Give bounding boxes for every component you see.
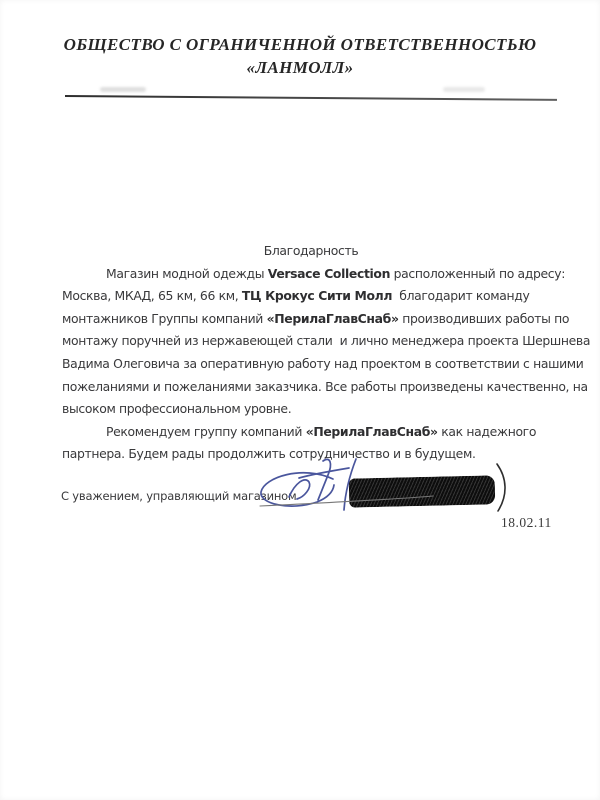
body-text: производивших работы по xyxy=(399,311,570,326)
body-text: как надежного xyxy=(438,424,536,439)
letterhead-org-type: ОБЩЕСТВО С ОГРАНИЧЕННОЙ ОТВЕТСТВЕННОСТЬЮ xyxy=(0,33,600,56)
letterhead-org-name: «ЛАНМОЛЛ» xyxy=(0,56,600,79)
body-text-bold: Versace Collection xyxy=(268,266,390,281)
body-text: Рекомендуем группу компаний xyxy=(106,424,306,439)
letter-date: 18.02.11 xyxy=(501,515,552,531)
letter-body-lines: Магазин модной одежды Versace Collection… xyxy=(62,263,546,466)
body-text: высоком профессиональном уровне. xyxy=(62,401,291,416)
scan-artifact xyxy=(100,87,146,92)
closing-paren-stroke xyxy=(497,464,505,511)
body-text: расположенный по адресу: xyxy=(390,266,565,281)
body-text-bold: «ПерилаГлавСнаб» xyxy=(306,424,438,439)
body-line: Рекомендуем группу компаний «ПерилаГлавС… xyxy=(62,421,546,444)
body-line: пожеланиями и пожеланиями заказчика. Все… xyxy=(62,376,546,399)
body-text: монтажников Группы компаний xyxy=(62,311,267,326)
letter-title: Благодарность xyxy=(62,240,546,263)
body-line: монтажников Группы компаний «ПерилаГлавС… xyxy=(62,308,546,331)
body-line: Москва, МКАД, 65 км, 66 км, ТЦ Крокус Си… xyxy=(62,285,546,308)
body-line: Вадима Олеговича за оперативную работу н… xyxy=(62,353,546,376)
body-line: партнера. Будем рады продолжить сотрудни… xyxy=(62,443,546,466)
letterhead: ОБЩЕСТВО С ОГРАНИЧЕННОЙ ОТВЕТСТВЕННОСТЬЮ… xyxy=(0,33,600,79)
scanned-letter-page: ОБЩЕСТВО С ОГРАНИЧЕННОЙ ОТВЕТСТВЕННОСТЬЮ… xyxy=(0,0,600,800)
body-text: пожеланиями и пожеланиями заказчика. Все… xyxy=(62,379,588,394)
body-line: высоком профессиональном уровне. xyxy=(62,398,546,421)
body-text-bold: ТЦ Крокус Сити Молл xyxy=(242,288,392,303)
body-text-bold: «ПерилаГлавСнаб» xyxy=(267,311,399,326)
scan-artifact xyxy=(443,87,485,92)
body-text: Москва, МКАД, 65 км, 66 км, xyxy=(62,288,242,303)
redacted-name-block xyxy=(349,475,496,507)
body-text: Вадима Олеговича за оперативную работу н… xyxy=(62,356,584,371)
body-text: благодарит команду xyxy=(392,288,529,303)
letter-body: Благодарность Магазин модной одежды Vers… xyxy=(62,240,546,466)
body-text: партнера. Будем рады продолжить сотрудни… xyxy=(62,446,476,461)
letterhead-divider-line xyxy=(65,95,557,101)
signoff-label: С уважением, управляющий магазином xyxy=(61,489,296,503)
body-text: монтажу поручней из нержавеющей стали и … xyxy=(62,333,590,348)
body-line: монтажу поручней из нержавеющей стали и … xyxy=(62,330,546,353)
body-line: Магазин модной одежды Versace Collection… xyxy=(62,263,546,286)
body-text: Магазин модной одежды xyxy=(106,266,268,281)
